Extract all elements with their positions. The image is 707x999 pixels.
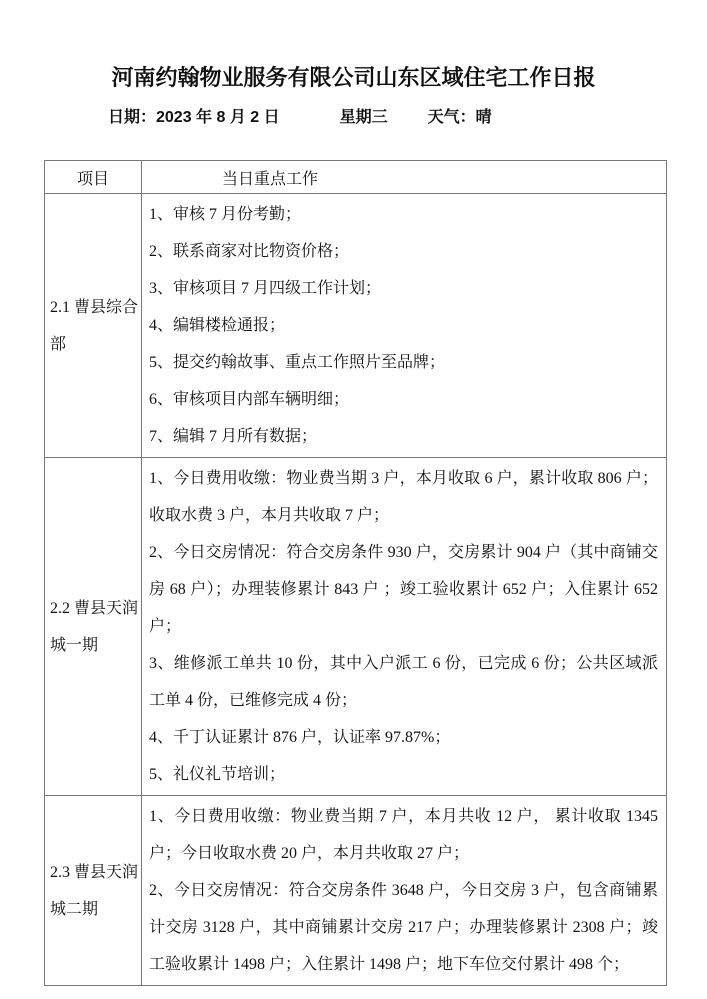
table-body: 2.1 曹县综合部1、审核 7 月份考勤；2、联系商家对比物资价格；3、审核项目… xyxy=(45,194,667,986)
work-item: 4、编辑楼检通报； xyxy=(149,307,658,344)
project-cell: 2.1 曹县综合部 xyxy=(45,194,142,458)
weekday-field: 星期三 xyxy=(340,106,388,130)
work-item: 1、今日费用收缴：物业费当期 7 户，本月共收 12 户， 累计收取 1345 … xyxy=(149,798,658,872)
meta-line: 日期：2023 年 8 月 2 日 星期三 天气：晴 xyxy=(108,106,707,130)
work-items-cell: 1、审核 7 月份考勤；2、联系商家对比物资价格；3、审核项目 7 月四级工作计… xyxy=(142,194,667,458)
work-item: 5、提交约翰故事、重点工作照片至品牌； xyxy=(149,344,658,381)
work-item: 3、维修派工单共 10 份，其中入户派工 6 份，已完成 6 份；公共区域派工单… xyxy=(149,645,658,719)
work-item: 4、千丁认证累计 876 户，认证率 97.87%； xyxy=(149,719,658,756)
document-title: 河南约翰物业服务有限公司山东区域住宅工作日报 xyxy=(0,0,707,93)
document-page: 河南约翰物业服务有限公司山东区域住宅工作日报 日期：2023 年 8 月 2 日… xyxy=(0,0,707,999)
project-cell: 2.3 曹县天润城二期 xyxy=(45,796,142,986)
work-item: 5、礼仪礼节培训； xyxy=(149,756,658,793)
header-project: 项目 xyxy=(45,161,142,194)
work-item: 3、审核项目 7 月四级工作计划； xyxy=(149,270,658,307)
work-item: 7、编辑 7 月所有数据； xyxy=(149,418,658,455)
work-items-cell: 1、今日费用收缴：物业费当期 3 户，本月收取 6 户，累计收取 806 户；收… xyxy=(142,458,667,796)
work-item: 1、审核 7 月份考勤； xyxy=(149,196,658,233)
table-row: 2.3 曹县天润城二期1、今日费用收缴：物业费当期 7 户，本月共收 12 户，… xyxy=(45,796,667,986)
date-field: 日期：2023 年 8 月 2 日 xyxy=(108,106,280,130)
daily-report-table: 项目 当日重点工作 2.1 曹县综合部1、审核 7 月份考勤；2、联系商家对比物… xyxy=(44,160,667,986)
work-items-cell: 1、今日费用收缴：物业费当期 7 户，本月共收 12 户， 累计收取 1345 … xyxy=(142,796,667,986)
table-row: 2.2 曹县天润城一期1、今日费用收缴：物业费当期 3 户，本月收取 6 户，累… xyxy=(45,458,667,796)
weather-field: 天气：晴 xyxy=(428,106,492,130)
project-cell: 2.2 曹县天润城一期 xyxy=(45,458,142,796)
work-item: 6、审核项目内部车辆明细； xyxy=(149,381,658,418)
header-work: 当日重点工作 xyxy=(142,161,667,194)
work-item: 2、联系商家对比物资价格； xyxy=(149,233,658,270)
work-item: 1、今日费用收缴：物业费当期 3 户，本月收取 6 户，累计收取 806 户；收… xyxy=(149,460,658,534)
work-item: 2、今日交房情况：符合交房条件 3648 户，今日交房 3 户，包含商铺累计交房… xyxy=(149,872,658,983)
work-item: 2、今日交房情况：符合交房条件 930 户，交房累计 904 户（其中商铺交房 … xyxy=(149,534,658,645)
table-header-row: 项目 当日重点工作 xyxy=(45,161,667,194)
table-row: 2.1 曹县综合部1、审核 7 月份考勤；2、联系商家对比物资价格；3、审核项目… xyxy=(45,194,667,458)
